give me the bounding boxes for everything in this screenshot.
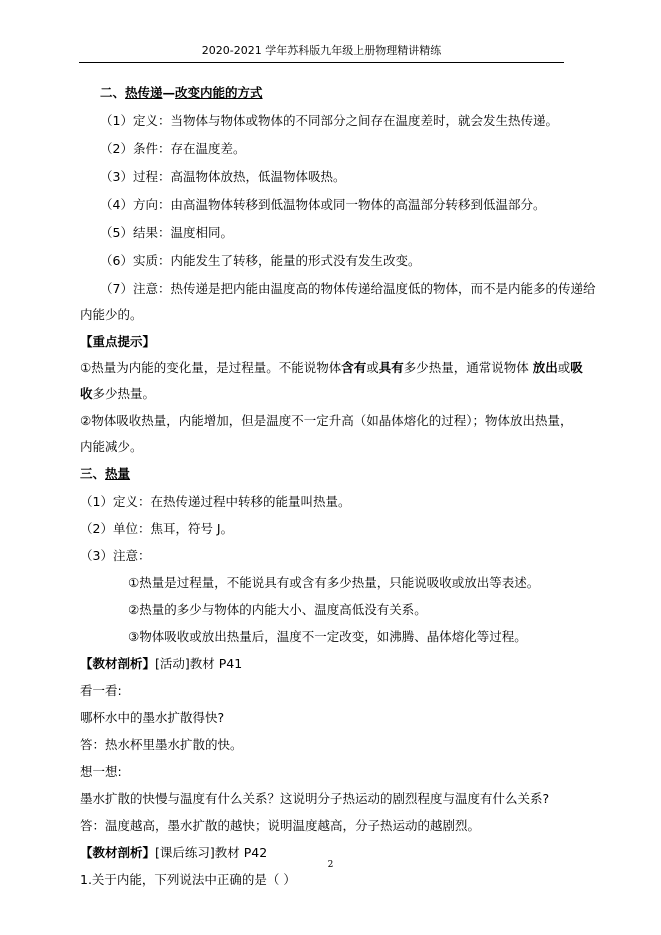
key-tip-1-continued: 收多少热量。 <box>80 385 155 403</box>
key-tip-1: ①热量为内能的变化量，是过程量。不能说物体含有或具有多少热量，通常说物体 放出或… <box>80 359 583 377</box>
question-temperature: 墨水扩散的快慢与温度有什么关系？这说明分子热运动的剧烈程度与温度有什么关系? <box>80 790 549 808</box>
textbook-analysis-activity: 【教材剖析】[活动]教材 P41 <box>80 655 242 673</box>
key-tips-label: 【重点提示】 <box>80 333 155 351</box>
question-diffusion: 哪杯水中的墨水扩散得快? <box>80 709 224 727</box>
essence-item: （6）实质：内能发生了转移，能量的形式没有发生改变。 <box>100 252 420 270</box>
direction-item: （4）方向：由高温物体转移到低温物体或同一物体的高温部分转移到低温部分。 <box>100 196 545 214</box>
exercise-question-1: 1.关于内能，下列说法中正确的是（ ） <box>80 871 296 889</box>
heat-unit: （2）单位：焦耳，符号 J。 <box>80 520 233 538</box>
header-divider <box>79 62 564 63</box>
section-heading-heat-transfer: 二、热传递—改变内能的方式 <box>100 84 263 102</box>
heat-note-3: ③物体吸收或放出热量后，温度不一定改变，如沸腾、晶体熔化等过程。 <box>128 628 527 646</box>
page-header: 2020-2021 学年苏科版九年级上册物理精讲精练 <box>79 44 564 58</box>
key-tip-2-continued: 内能减少。 <box>80 438 143 456</box>
condition-item: （2）条件：存在温度差。 <box>100 140 245 158</box>
answer-temperature: 答：温度越高，墨水扩散的越快；说明温度越高，分子热运动的越剧烈。 <box>80 817 480 835</box>
heat-definition: （1）定义：在热传递过程中转移的能量叫热量。 <box>80 493 350 511</box>
definition-item: （1）定义：当物体与物体或物体的不同部分之间存在温度差时，就会发生热传递。 <box>100 112 558 130</box>
key-tip-2: ②物体吸收热量，内能增加，但是温度不一定升高（如晶体熔化的过程）；物体放出热量， <box>80 412 572 430</box>
heat-note-2: ②热量的多少与物体的内能大小、温度高低没有关系。 <box>128 601 427 619</box>
heat-note-1: ①热量是过程量，不能说具有或含有多少热量，只能说吸收或放出等表述。 <box>128 574 539 592</box>
result-item: （5）结果：温度相同。 <box>100 224 233 242</box>
process-item: （3）过程：高温物体放热，低温物体吸热。 <box>100 168 345 186</box>
heat-notes-label: （3）注意： <box>80 547 150 565</box>
section-heading-heat: 三、热量 <box>80 465 130 483</box>
page-number: 2 <box>0 860 661 870</box>
think-label: 想一想: <box>80 763 122 781</box>
note-item: （7）注意：热传递是把内能由温度高的物体传递给温度低的物体，而不是内能多的传递给 <box>100 280 595 298</box>
look-label: 看一看: <box>80 682 122 700</box>
note-item-continued: 内能少的。 <box>80 306 143 324</box>
answer-diffusion: 答：热水杯里墨水扩散的快。 <box>80 736 243 754</box>
